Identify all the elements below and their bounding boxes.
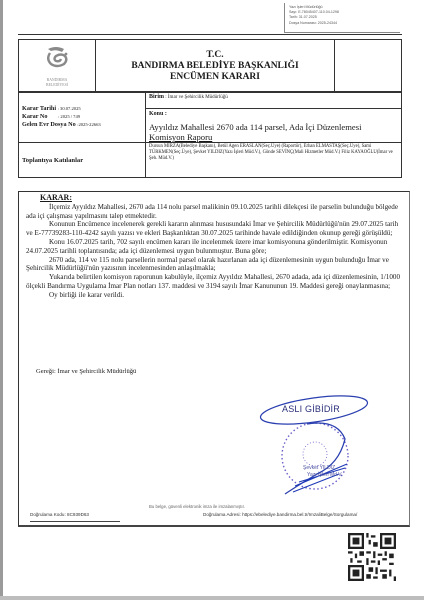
title-tc: T.C.	[96, 50, 334, 61]
karar-no-value: : 2025 / 749	[58, 114, 80, 119]
konu-label: Konu :	[149, 111, 398, 117]
karar-tarihi-label: Karar Tarihi	[22, 105, 56, 112]
divider	[30, 521, 120, 522]
decision-paragraph: Oy birliği ile karar verildi.	[26, 291, 406, 300]
logo-text-line2: BELEDİYESİ	[19, 83, 95, 87]
title-municipality: BANDIRMA BELEDİYE BAŞKANLIĞI	[96, 61, 334, 72]
gelen-evr-label: Gelen Evr Dosya No	[22, 121, 76, 128]
decision-paragraph: Konunun Encümence incelenerek gerekli ka…	[26, 220, 406, 238]
konu-line2: Komisyon Raporu	[149, 132, 398, 142]
registry-dosya: Dosya Numarası: 2025-24344	[289, 21, 400, 26]
logo-cell: BANDIRMA BELEDİYESİ	[19, 40, 96, 93]
decision-paragraph: İlçemiz Ayyıldız Mahallesi, 2670 ada 114…	[26, 203, 406, 221]
stamp-signer-title: Yazı İşleri Md.V.	[307, 472, 343, 478]
stamp-signer-name: Şevket YILDIZ	[303, 465, 335, 471]
decision-title: KARAR:	[40, 194, 406, 203]
blank-cell	[335, 40, 402, 93]
page-edge-bottom	[0, 596, 424, 600]
decision-paragraph: 2670 ada, 114 ve 115 nolu parsellerin no…	[26, 256, 406, 274]
decision-meta: Karar Tarihi : 30.07.2025 Karar No : 202…	[19, 92, 146, 143]
verification-address[interactable]: Doğrulama Adresi: https://ebelediye.band…	[203, 512, 357, 517]
title-decision: ENCÜMEN KARARI	[96, 72, 334, 83]
esign-note: Bu belge, güvenli elektronik imza ile im…	[149, 504, 245, 509]
certified-copy-stamp: ASLI GİBİDİR Şevket YILDIZ Yazı İşleri M…	[247, 394, 377, 506]
birim-value: : İmar ve Şehircilik Müdürlüğü	[165, 95, 228, 100]
municipality-logo-icon	[42, 45, 72, 71]
stamp-text: ASLI GİBİDİR	[282, 404, 340, 414]
birim-cell: Birim : İmar ve Şehircilik Müdürlüğü	[146, 92, 402, 109]
karar-tarihi-value: : 30.07.2025	[58, 106, 81, 111]
decision-paragraph: Konu 16.07.2025 tarih, 702 sayılı encüme…	[26, 238, 406, 256]
konu-line1: Ayyıldız Mahallesi 2670 ada 114 parsel, …	[149, 122, 398, 132]
decision-box: KARAR: İlçemiz Ayyıldız Mahallesi, 2670 …	[18, 191, 410, 527]
divider	[18, 34, 402, 35]
decision-info-table: Karar Tarihi : 30.07.2025 Karar No : 202…	[18, 91, 402, 178]
page-edge	[0, 0, 3, 600]
title-cell: T.C. BANDIRMA BELEDİYE BAŞKANLIĞI ENCÜME…	[96, 40, 335, 93]
birim-label: Birim	[149, 94, 164, 100]
qr-code-icon[interactable]	[348, 533, 396, 581]
geregi-line: Gereği: İmar ve Şehircilik Müdürlüğü	[36, 368, 136, 375]
registry-box: Yazı İşleri Müdürlüğü Sayı: E-78045407-1…	[284, 3, 400, 33]
konu-cell: Konu : Ayyıldız Mahallesi 2670 ada 114 p…	[146, 109, 402, 143]
karar-no-label: Karar No	[22, 113, 48, 120]
gelen-evr-value: :2025-22663	[77, 122, 100, 127]
attendees-label: Toplantıya Katılanlar	[19, 143, 146, 178]
decision-paragraph: Yukarıda belirtilen komisyon raporunun k…	[26, 273, 406, 291]
attendees-list: Dursun MİRZA(Belediye Başkanı), Betül Ag…	[146, 143, 402, 178]
verification-code: Doğrulama Kodu: 8C939D63	[30, 512, 89, 517]
document-header: BANDIRMA BELEDİYESİ T.C. BANDIRMA BELEDİ…	[18, 39, 402, 93]
